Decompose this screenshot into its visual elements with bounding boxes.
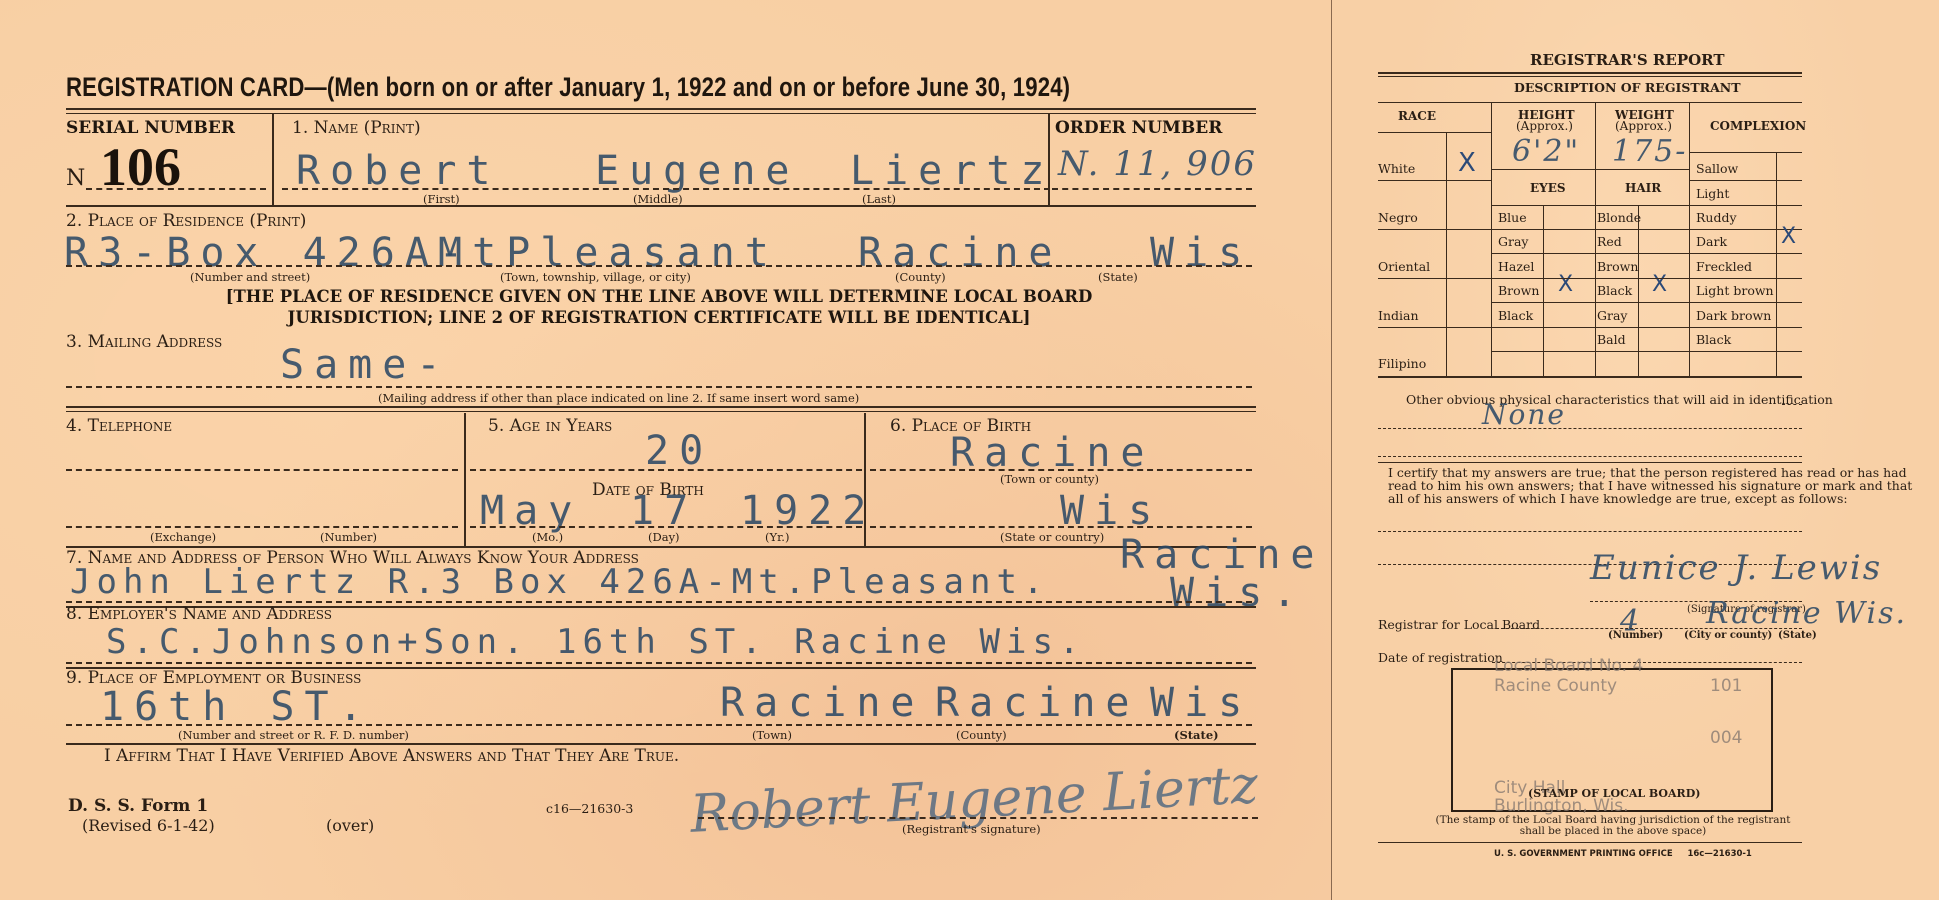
- hair-gray: Gray: [1597, 308, 1627, 323]
- stamp-line-1: Local Board No. 4: [1494, 656, 1643, 676]
- divider: [1048, 114, 1050, 206]
- weight-value[interactable]: 175-: [1612, 134, 1687, 169]
- registration-card-front: REGISTRATION CARD—(Men born on or after …: [0, 0, 1331, 900]
- hair-black-checkbox[interactable]: X: [1652, 272, 1667, 297]
- height-subheader: (Approx.): [1516, 119, 1573, 133]
- other-value[interactable]: None: [1482, 398, 1566, 431]
- signature-line: [698, 817, 1258, 819]
- caption-middle: (Middle): [633, 192, 683, 206]
- divider: [1378, 72, 1802, 74]
- eyes-brown: Brown: [1498, 283, 1539, 298]
- name-line: [282, 188, 1050, 190]
- complexion-dark: Dark: [1696, 234, 1727, 249]
- notice-line-2: JURISDICTION; LINE 2 OF REGISTRATION CER…: [66, 307, 1252, 328]
- printer-line: U. S. GOVERNMENT PRINTING OFFICE 16c—216…: [1494, 849, 1752, 859]
- hair-brown: Brown: [1597, 259, 1638, 274]
- mailing-caption: (Mailing address if other than place ind…: [378, 391, 859, 405]
- other-line-1: [1378, 428, 1802, 429]
- hair-header: HAIR: [1625, 181, 1661, 195]
- divider: [1378, 102, 1802, 103]
- residence-state[interactable]: Wis: [1150, 230, 1252, 276]
- complexion-ruddy: Ruddy: [1696, 210, 1737, 225]
- stamp-note: (The stamp of the Local Board having jur…: [1433, 815, 1793, 837]
- caption-town-county: (Town or county): [1000, 472, 1099, 486]
- caption-employment-county: (County): [956, 728, 1007, 742]
- caption-day: (Day): [648, 530, 680, 544]
- birthplace-line-1: [870, 469, 1252, 471]
- divider: [66, 411, 1256, 412]
- telephone-line-1: [66, 469, 458, 471]
- residence-line: [66, 265, 1252, 267]
- divider: [1595, 103, 1596, 376]
- caption-last: (Last): [862, 192, 896, 206]
- divider: [464, 413, 466, 546]
- divider: [272, 114, 274, 206]
- local-board-line: [1496, 628, 1802, 629]
- divider: [1378, 76, 1802, 77]
- complexion-dark-brown: Dark brown: [1696, 308, 1771, 323]
- residence-label: 2. Place of Residence (Print): [66, 211, 306, 231]
- race-header: RACE: [1398, 109, 1436, 123]
- caption-exchange: (Exchange): [150, 530, 216, 544]
- employment-line: [66, 724, 1252, 726]
- form-revised: (Revised 6-1-42): [82, 816, 215, 835]
- divider: [1491, 169, 1689, 170]
- divider: [66, 406, 1256, 408]
- stamp-note-2: shall be placed in the above space): [1433, 826, 1793, 837]
- serial-number-label: SERIAL NUMBER: [66, 118, 235, 138]
- eyes-gray: Gray: [1498, 234, 1528, 249]
- divider: [1689, 152, 1802, 153]
- divider: [1491, 103, 1492, 376]
- eyes-black: Black: [1498, 308, 1533, 323]
- employer-value[interactable]: S.C.Johnson+Son. 16th ST. Racine Wis.: [106, 622, 1085, 662]
- serial-line: [86, 188, 266, 190]
- employment-state[interactable]: Wis: [1150, 680, 1252, 726]
- divider: [1689, 103, 1690, 376]
- caption-first: (First): [423, 192, 460, 206]
- caption-state-country: (State or country): [1000, 530, 1104, 544]
- divider: [1491, 302, 1802, 303]
- caption-employment-town: (Town): [752, 728, 792, 742]
- race-negro: Negro: [1378, 210, 1418, 225]
- eyes-hazel: Hazel: [1498, 259, 1534, 274]
- mailing-value[interactable]: Same-: [280, 342, 450, 388]
- dob-line: [470, 526, 862, 528]
- divider: [66, 743, 1256, 745]
- caption-county: (County): [895, 270, 946, 284]
- employment-town[interactable]: Racine: [720, 680, 925, 726]
- caption-employment-street: (Number and street or R. F. D. number): [178, 728, 409, 742]
- hair-red: Red: [1597, 234, 1622, 249]
- divider: [1491, 205, 1689, 206]
- form-code: c16—21630-3: [546, 801, 633, 816]
- order-number-value[interactable]: N. 11, 906: [1058, 144, 1257, 184]
- divider: [66, 113, 1256, 114]
- eyes-header: EYES: [1530, 181, 1566, 195]
- divider: [1776, 153, 1777, 376]
- employer-line: [66, 662, 1252, 664]
- caption-board-state: (State): [1778, 630, 1817, 641]
- race-oriental: Oriental: [1378, 259, 1430, 274]
- divider: [66, 205, 1256, 207]
- hair-blonde: Blonde: [1597, 210, 1641, 225]
- age-label: 5. Age in Years: [488, 416, 612, 436]
- affirm-statement: I Affirm That I Have Verified Above Answ…: [104, 746, 679, 766]
- complexion-dark-checkbox[interactable]: X: [1781, 224, 1796, 249]
- caption-street: (Number and street): [190, 270, 310, 284]
- date-of-registration-label: Date of registration: [1378, 650, 1503, 665]
- divider: [1378, 132, 1491, 133]
- race-indian: Indian: [1378, 308, 1419, 323]
- employer-label: 8. Employer's Name and Address: [66, 604, 332, 624]
- other-label: Other obvious physical characteristics t…: [1406, 392, 1833, 407]
- divider: [1378, 462, 1802, 463]
- stamp-num-2: 004: [1710, 728, 1742, 748]
- race-white: White: [1378, 161, 1415, 176]
- eyes-blue: Blue: [1498, 210, 1527, 225]
- divider: [1689, 180, 1802, 181]
- contact-line: [66, 601, 1252, 603]
- hair-black: Black: [1597, 283, 1632, 298]
- divider: [1378, 229, 1491, 230]
- jurisdiction-notice: [THE PLACE OF RESIDENCE GIVEN ON THE LIN…: [66, 286, 1252, 328]
- card-title: REGISTRATION CARD—(Men born on or after …: [66, 72, 1070, 103]
- divider: [1378, 327, 1491, 328]
- caption-number: (Number): [320, 530, 377, 544]
- stamp-caption: (STAMP OF LOCAL BOARD): [1528, 787, 1700, 800]
- name-label: 1. Name (Print): [292, 118, 421, 138]
- telephone-line-2: [66, 526, 458, 528]
- hair-bald: Bald: [1597, 332, 1626, 347]
- mailing-label: 3. Mailing Address: [66, 332, 222, 352]
- divider: [1491, 351, 1802, 352]
- registrar-signature[interactable]: Eunice J. Lewis: [1590, 548, 1882, 588]
- stamp-line-2: Racine County: [1494, 676, 1617, 696]
- certify-line-a: [1378, 531, 1802, 532]
- registrars-report: REGISTRAR'S REPORT DESCRIPTION OF REGIST…: [1332, 0, 1939, 900]
- complexion-sallow: Sallow: [1696, 161, 1738, 176]
- complexion-freckled: Freckled: [1696, 259, 1752, 274]
- eyes-brown-checkbox[interactable]: X: [1558, 272, 1573, 297]
- race-filipino: Filipino: [1378, 356, 1426, 371]
- local-board-place[interactable]: Racine Wis.: [1706, 596, 1907, 631]
- contact-value[interactable]: John Liertz R.3 Box 426A-Mt.Pleasant.: [70, 562, 1049, 602]
- caption-town: (Town, township, village, or city): [500, 270, 691, 284]
- complexion-light: Light: [1696, 186, 1729, 201]
- stamp-num-1: 101: [1710, 676, 1742, 696]
- other-line-2: [1378, 456, 1802, 457]
- certify-line-3: all of his answers of which I have knowl…: [1388, 492, 1912, 505]
- order-number-label: ORDER NUMBER: [1055, 118, 1222, 138]
- divider: [1378, 376, 1802, 378]
- report-subtitle: DESCRIPTION OF REGISTRANT: [1514, 80, 1741, 95]
- form-name: D. S. S. Form 1: [68, 796, 208, 816]
- age-line: [470, 469, 862, 471]
- complexion-light-brown: Light brown: [1696, 283, 1774, 298]
- contact-extra-2[interactable]: Wis.: [1170, 570, 1306, 616]
- caption-employment-state: (State): [1174, 728, 1219, 742]
- signature-caption: (Registrant's signature): [902, 822, 1041, 836]
- divider: [1491, 253, 1802, 254]
- height-value[interactable]: 6'2": [1512, 134, 1580, 169]
- notice-line-1: [THE PLACE OF RESIDENCE GIVEN ON THE LIN…: [66, 286, 1252, 307]
- race-white-checkbox[interactable]: X: [1458, 148, 1476, 178]
- divider: [1378, 842, 1802, 843]
- divider: [864, 413, 866, 546]
- divider: [1378, 180, 1491, 181]
- divider: [1491, 229, 1802, 230]
- order-line: [1052, 188, 1252, 190]
- caption-board-number: (Number): [1608, 630, 1663, 641]
- birthplace-line-2: [870, 526, 1252, 528]
- divider: [66, 108, 1256, 110]
- employment-county[interactable]: Racine: [935, 680, 1140, 726]
- divider: [1378, 278, 1491, 279]
- telephone-label: 4. Telephone: [66, 416, 172, 436]
- local-board-label: Registrar for Local Board: [1378, 617, 1540, 632]
- serial-prefix: N: [66, 166, 85, 191]
- other-line-0: [1782, 404, 1802, 405]
- caption-year: (Yr.): [765, 530, 789, 544]
- divider: [1491, 278, 1802, 279]
- caption-state: (State): [1098, 270, 1138, 284]
- age-value[interactable]: 20: [645, 428, 713, 474]
- divider: [1446, 133, 1447, 376]
- report-title: REGISTRAR'S REPORT: [1530, 51, 1725, 69]
- form-over: (over): [326, 816, 374, 835]
- complexion-black: Black: [1696, 332, 1731, 347]
- weight-subheader: (Approx.): [1615, 119, 1672, 133]
- caption-board-city: (City or county): [1684, 630, 1772, 641]
- caption-month: (Mo.): [532, 530, 563, 544]
- divider: [1491, 327, 1802, 328]
- complexion-header: COMPLEXION: [1710, 119, 1806, 133]
- certify-text: I certify that my answers are true; that…: [1388, 466, 1912, 505]
- residence-county[interactable]: Racine: [858, 230, 1063, 276]
- mailing-line: [66, 386, 1252, 388]
- divider: [1689, 205, 1802, 206]
